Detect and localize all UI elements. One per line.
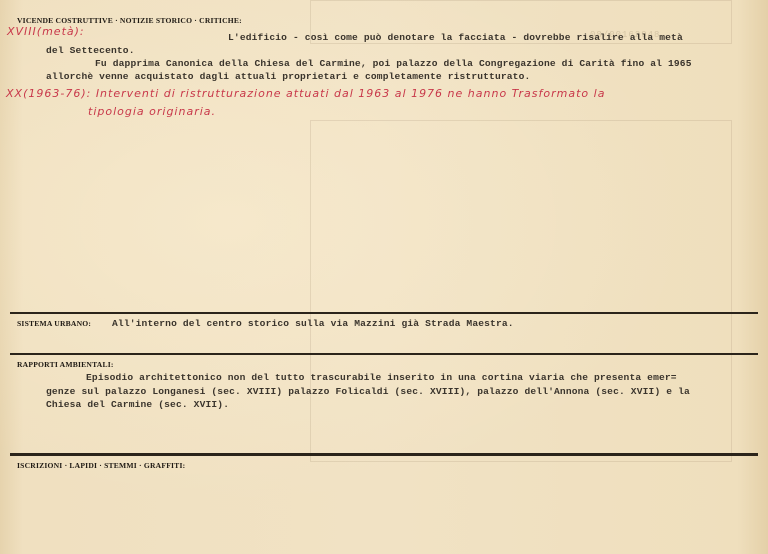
typed-line: allorchè venne acquistato dagli attuali … [46,71,530,82]
typed-line: All'interno del centro storico sulla via… [112,318,514,329]
section-label-rapporti-ambientali: RAPPORTI AMBIENTALI: [17,360,114,369]
typed-line: Episodio architettonico non del tutto tr… [86,372,677,383]
section-label-vicende-costruttive: VICENDE COSTRUTTIVE · NOTIZIE STORICO · … [17,16,242,25]
section-divider [10,353,758,355]
typed-line: Chiesa del Carmine (sec. XVII). [46,399,229,410]
section-label-iscrizioni: ISCRIZIONI · LAPIDI · STEMMI · GRAFFITI: [17,461,185,470]
section-divider [10,453,758,456]
typed-line: genze sul palazzo Longanesi (sec. XVIII)… [46,386,690,397]
handwritten-annotation-xx: XX(1963-76): Interventi di ristrutturazi… [6,87,605,100]
handwritten-annotation-xviii: XVIII(metà): [7,25,85,38]
typed-line: del Settecento. [46,45,135,56]
typed-line: Fu dapprima Canonica della Chiesa del Ca… [95,58,692,69]
section-divider [10,312,758,314]
handwritten-annotation-xx-cont: tipologia originaria. [88,105,216,118]
bleed-through-form-box [310,120,732,462]
section-label-sistema-urbano: SISTEMA URBANO: [17,319,91,328]
typed-line: L'edificio - così come può denotare la f… [228,32,683,43]
